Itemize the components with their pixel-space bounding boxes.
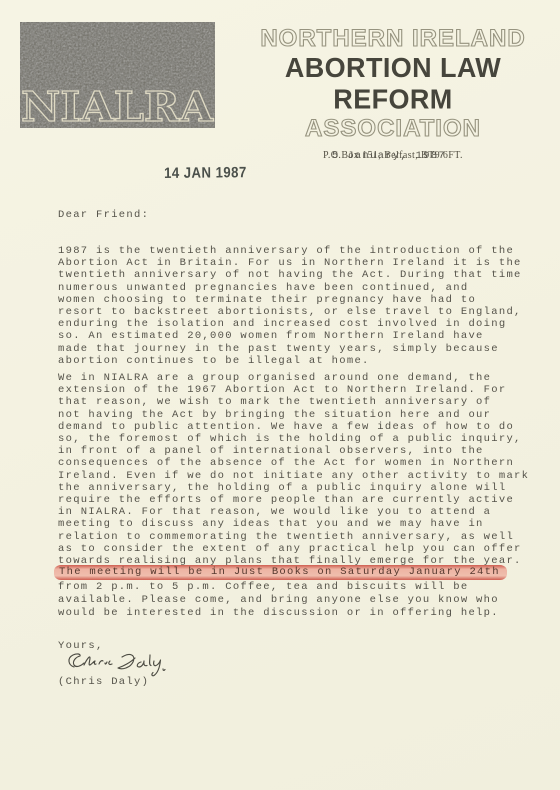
org-name-line2: ABORTION LAW REFORM [230, 52, 556, 115]
received-date-stamp: 14 JAN 1987 [164, 164, 247, 182]
paragraph-3: from 2 p.m. to 5 p.m. Coffee, tea and bi… [58, 581, 499, 619]
org-name-line3: ASSOCIATION [230, 115, 556, 143]
highlighted-meeting-line: The meeting will be in Just Books on Sat… [54, 565, 507, 580]
logo-wordmark: NIALRA [21, 83, 214, 128]
nialra-logo-image: NIALRA [20, 22, 215, 128]
org-header: NORTHERN IRELAND ABORTION LAW REFORM ASS… [230, 25, 556, 161]
signed-name: (Chris Daly) [58, 676, 149, 688]
paragraph-2: We in NIALRA are a group organised aroun… [58, 372, 529, 567]
nialra-logo-block: NIALRA [20, 22, 215, 128]
scanned-letter-page: NIALRA NORTHERN IRELAND ABORTION LAW REF… [0, 0, 560, 790]
paragraph-1: 1987 is the twentieth anniversary of the… [58, 245, 522, 367]
highlighted-meeting-line-row: The meeting will be in Just Books on Sat… [54, 565, 507, 580]
org-name-line1: NORTHERN IRELAND [230, 25, 556, 53]
salutation: Dear Friend: [58, 209, 149, 221]
typed-date: 5 January, 1987 [332, 150, 446, 162]
